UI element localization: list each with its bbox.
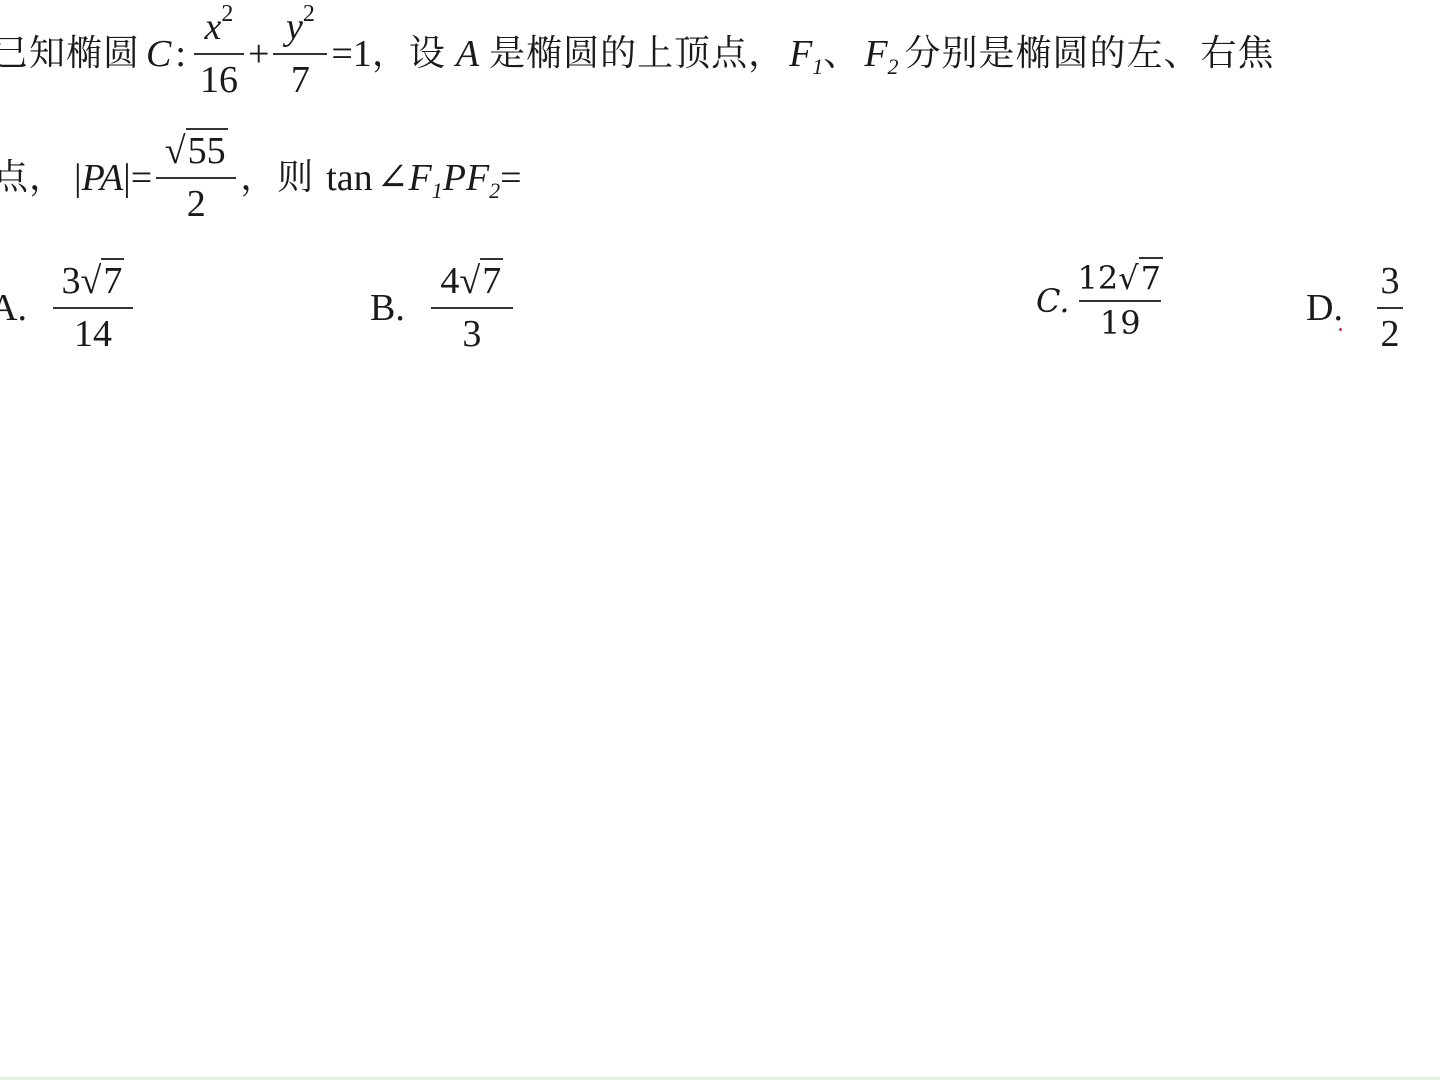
point-a: A: [456, 35, 479, 73]
fraction-y2-over-7: y2 7: [273, 8, 327, 101]
option-c[interactable]: C. 12√7 19: [1036, 262, 1167, 340]
angle-expression: F1PF2: [409, 159, 501, 197]
separator: 、: [823, 36, 860, 72]
question-line-1: 已知椭圆 C : x2 16 + y2 7 =1 ， 设 A 是椭圆的上顶点， …: [0, 8, 1275, 101]
question-line-2: 点， | PA |= √55 2 ， 则 tan ∠ F1PF2 =: [0, 132, 522, 225]
option-d-label: D.: [1306, 289, 1343, 327]
abs-close-equals: |=: [123, 159, 152, 197]
option-b-label: B.: [370, 289, 405, 327]
option-c-label: C.: [1036, 285, 1070, 317]
option-b[interactable]: B. 4√7 3: [370, 262, 517, 355]
option-c-value: 12√7 19: [1078, 262, 1163, 340]
option-d[interactable]: D. 3 2: [1306, 262, 1407, 355]
fraction-sqrt55-over-2: √55 2: [156, 132, 236, 225]
option-a[interactable]: A. 3√7 14: [0, 262, 137, 355]
text-foci: 分别是椭圆的左、右焦: [905, 36, 1275, 72]
focus-f2: F2: [864, 35, 898, 73]
sqrt-55: √55: [165, 132, 228, 172]
tan-function: tan: [326, 159, 372, 197]
text-then: 则: [277, 160, 314, 196]
segment-pa: PA: [82, 159, 124, 197]
question-prefix: 已知椭圆: [0, 36, 140, 72]
angle-symbol: ∠: [377, 159, 409, 197]
option-a-value: 3√7 14: [53, 262, 133, 355]
colon: :: [175, 35, 186, 73]
focus-f1: F1: [789, 35, 823, 73]
option-a-label: A.: [0, 289, 27, 327]
option-b-value: 4√7 3: [431, 262, 513, 355]
equals-one: =1: [331, 35, 371, 73]
curve-name: C: [146, 35, 171, 73]
fraction-x2-over-16: x2 16: [194, 8, 244, 101]
plus-sign: +: [248, 35, 269, 73]
comma: ，: [240, 160, 277, 196]
equals-sign: =: [500, 159, 521, 197]
comma: ，: [372, 36, 409, 72]
annotation-dot: [1339, 328, 1342, 331]
abs-open: |: [74, 159, 82, 197]
text-top-vertex: 是椭圆的上顶点，: [489, 36, 785, 72]
line2-prefix: 点，: [0, 160, 66, 196]
text-set: 设: [409, 36, 446, 72]
option-d-value: 3 2: [1377, 262, 1403, 355]
